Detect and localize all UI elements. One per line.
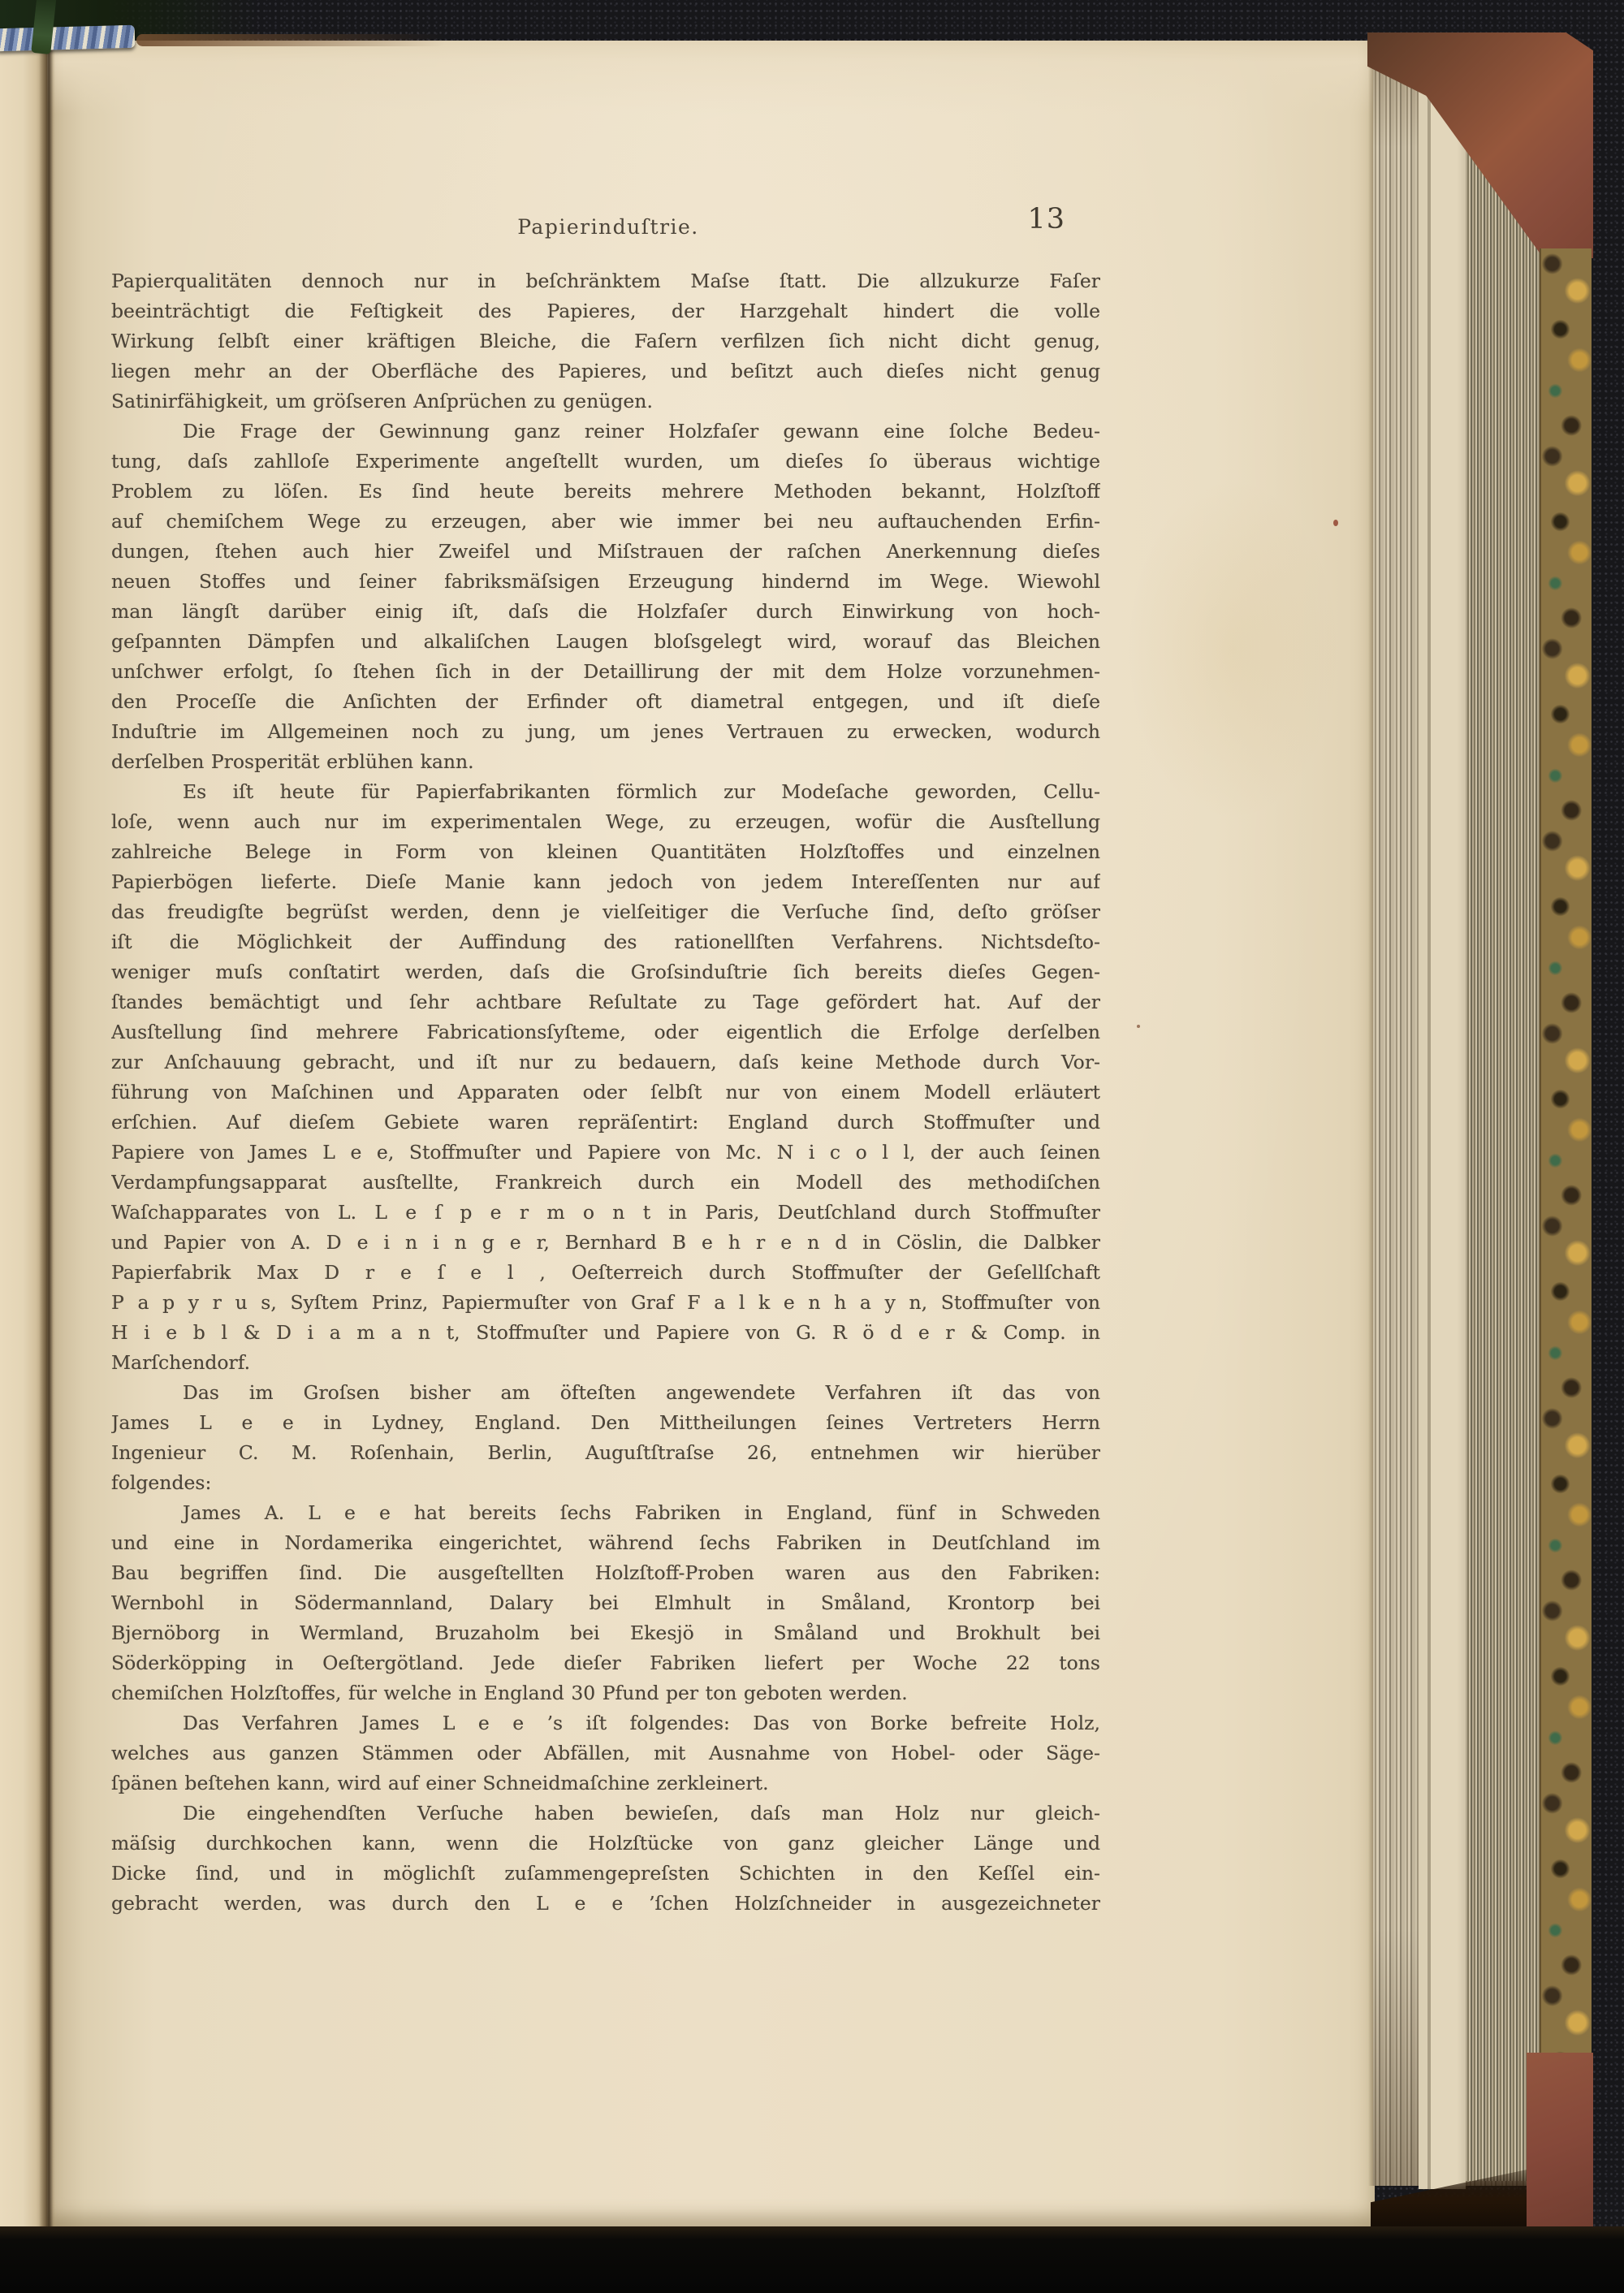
text-line: und Papier von A. D e i n i n g e r, Ber… [111, 1228, 1100, 1258]
page-header: Papierinduſtrie. 13 [114, 209, 1103, 245]
text-line: Waſchapparates von L. L e ſ p e r m o n … [111, 1198, 1100, 1228]
text-line: derſelben Prosperität erblühen kann. [111, 747, 1100, 777]
text-line: Bau begriffen ſind. Die ausgeſtellten Ho… [111, 1558, 1100, 1588]
text-line: dungen, ſtehen auch hier Zweifel und Miſ… [111, 537, 1100, 567]
text-line: Papierbögen lieferte. Dieſe Manie kann j… [111, 867, 1100, 897]
text-line: mäſsig durchkochen kann, wenn die Holzſt… [111, 1829, 1100, 1859]
text-line: führung von Maſchinen und Apparaten oder… [111, 1077, 1100, 1108]
text-line: chemiſchen Holzſtoffes, für welche in En… [111, 1678, 1100, 1708]
fore-edge-page-stack-dense [1466, 63, 1541, 2181]
text-line: gebracht werden, was durch den L e e ’ſc… [111, 1889, 1100, 1919]
text-line: erſchien. Auf dieſem Gebiete waren reprä… [111, 1108, 1100, 1138]
text-line: Induſtrie im Allgemeinen noch zu jung, u… [111, 717, 1100, 747]
text-line: Bjernöborg in Wermland, Bruzaholm bei Ek… [111, 1618, 1100, 1648]
page-number: 13 [1027, 203, 1065, 235]
text-line: Das Verfahren James L e e ’s iſt folgend… [111, 1708, 1100, 1738]
text-line: unſchwer erfolgt, ſo ſtehen ſich in der … [111, 657, 1100, 687]
text-line: iſt die Möglichkeit der Auffindung des r… [111, 927, 1100, 957]
text-line: Wirkung ſelbſt einer kräftigen Bleiche, … [111, 326, 1100, 356]
text-line: Papiere von James L e e, Stoffmuſter und… [111, 1138, 1100, 1168]
leather-cover-bottom-corner [1527, 2053, 1593, 2249]
text-line: Wernbohl in Södermannland, Dalary bei El… [111, 1588, 1100, 1618]
text-line: Dicke ſind, und in möglichſt zuſammengep… [111, 1859, 1100, 1889]
text-line: Söderköpping in Oeſtergötland. Jede dieſ… [111, 1648, 1100, 1678]
text-line: beeinträchtigt die Feſtigkeit des Papier… [111, 296, 1100, 326]
bottom-shadow [0, 2226, 1624, 2293]
text-line: Die eingehendſten Verſuche haben bewieſe… [111, 1799, 1100, 1829]
book-scan-photo: Papierinduſtrie. 13 Papierqualitäten den… [0, 0, 1624, 2293]
text-line: ſtandes bemächtigt und ſehr achtbare Reſ… [111, 987, 1100, 1017]
text-line: weniger muſs conſtatirt werden, daſs die… [111, 957, 1100, 987]
paper-stain [1127, 479, 1338, 820]
text-line: Papierfabrik Max D r e ſ e l , Oeſterrei… [111, 1258, 1100, 1288]
text-line: Marſchendorf. [111, 1348, 1100, 1378]
text-line: man längſt darüber einig iſt, daſs die H… [111, 597, 1100, 627]
text-line: den Proceſſe die Anſichten der Erfinder … [111, 687, 1100, 717]
text-line: liegen mehr an der Oberfläche des Papier… [111, 356, 1100, 386]
text-line: ſpänen beſtehen kann, wird auf einer Sch… [111, 1768, 1100, 1799]
text-line: Die Frage der Gewinnung ganz reiner Holz… [111, 417, 1100, 447]
text-line: P a p y r u s, Syſtem Prinz, Papiermuſte… [111, 1288, 1100, 1318]
text-line: Satinirfähigkeit, um gröſseren Anſprüche… [111, 386, 1100, 417]
text-line: Das im Groſsen bisher am öfteſten angewe… [111, 1378, 1100, 1408]
text-line: Ingenieur C. M. Roſenhain, Berlin, Auguſ… [111, 1438, 1100, 1468]
text-line: loſe, wenn auch nur im experimentalen We… [111, 807, 1100, 837]
running-header: Papierinduſtrie. [114, 209, 1103, 245]
book-headband [0, 25, 135, 51]
text-line: geſpannten Dämpfen und alkaliſchen Lauge… [111, 627, 1100, 657]
gutter-crease [39, 44, 55, 2228]
text-line: James A. L e e hat bereits ſechs Fabrike… [111, 1498, 1100, 1528]
text-line: James L e e in Lydney, England. Den Mitt… [111, 1408, 1100, 1438]
marbled-cover-edge [1540, 248, 1592, 2059]
protruding-page-edge [1419, 54, 1466, 2189]
text-line: Papierqualitäten dennoch nur in beſchrän… [111, 266, 1100, 296]
text-line: Verdampfungsapparat ausſtellte, Frankrei… [111, 1168, 1100, 1198]
text-line: auf chemiſchem Wege zu erzeugen, aber wi… [111, 507, 1100, 537]
text-line: H i e b l & D i a m a n t, Stoffmuſter u… [111, 1318, 1100, 1348]
text-line: welches aus ganzen Stämmen oder Abfällen… [111, 1738, 1100, 1768]
text-line: zahlreiche Belege in Form von kleinen Qu… [111, 837, 1100, 867]
text-line: das freudigſte begrüſst werden, denn je … [111, 897, 1100, 927]
text-line: zur Anſchauung gebracht, und iſt nur zu … [111, 1047, 1100, 1077]
paper-speck [1137, 1025, 1140, 1028]
text-line: Es iſt heute für Papierfabrikanten förml… [111, 777, 1100, 807]
text-line: tung, daſs zahlloſe Experimente angeſtel… [111, 447, 1100, 477]
paper-speck [1333, 520, 1338, 526]
text-line: Ausſtellung ſind mehrere Fabricationsſyſ… [111, 1017, 1100, 1047]
text-line: und eine in Nordamerika eingerichtet, wä… [111, 1528, 1100, 1558]
text-block: Papierqualitäten dennoch nur in beſchrän… [111, 266, 1100, 1919]
top-edge-highlight [136, 34, 445, 46]
text-line: neuen Stoffes und ſeiner fabriksmäſsigen… [111, 567, 1100, 597]
text-line: folgendes: [111, 1468, 1100, 1498]
text-line: Problem zu löſen. Es ſind heute bereits … [111, 477, 1100, 507]
